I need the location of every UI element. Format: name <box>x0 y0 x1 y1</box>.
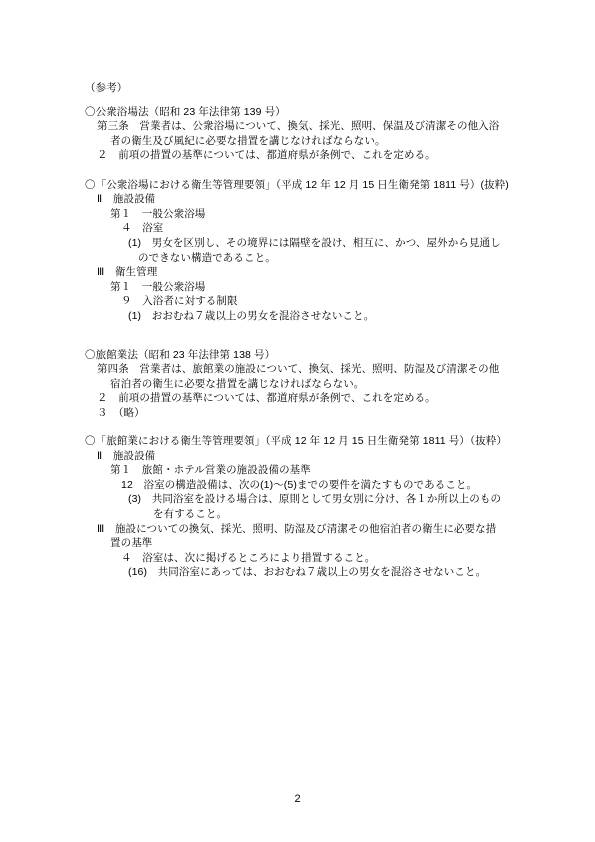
document-line: 〇旅館業法（昭和 23 年法律第 138 号） <box>85 348 525 363</box>
document-line: 第１ 一般公衆浴場 <box>85 207 525 222</box>
document-line: ３ （略） <box>85 406 525 421</box>
document-line: (1) 男女を区別し、その境界には隔壁を設け、相互に、かつ、屋外から見通し <box>85 236 525 251</box>
document-line: ４ 浴室は、次に掲げるところにより措置すること。 <box>85 551 525 566</box>
document-line: ２ 前項の措置の基準については、都道府県が条例で、これを定める。 <box>85 391 525 406</box>
document-line: ４ 浴室 <box>85 221 525 236</box>
document-line: 者の衛生及び風紀に必要な措置を講じなければならない。 <box>85 134 525 149</box>
document-line: 宿泊者の衛生に必要な措置を講じなければならない。 <box>85 377 525 392</box>
document-line: Ⅱ 施設設備 <box>85 449 525 464</box>
section-public-bath-act: 〇公衆浴場法（昭和 23 年法律第 139 号）第三条 営業者は、公衆浴場につい… <box>85 105 525 163</box>
document-line: 置の基準 <box>85 536 525 551</box>
document-line: 第四条 営業者は、旅館業の施設について、換気、採光、照明、防湿及び清潔その他 <box>85 362 525 377</box>
section-hotel-hygiene-guideline: 〇「旅館業における衛生等管理要領」（平成 12 年 12 月 15 日生衛発第 … <box>85 434 525 580</box>
document-line: 12 浴室の構造設備は、次の(1)～(5)までの要件を満たすものであること。 <box>85 478 525 493</box>
document-line: のできない構造であること。 <box>85 251 525 266</box>
document-line: Ⅲ 施設についての換気、採光、照明、防湿及び清潔その他宿泊者の衛生に必要な措 <box>85 522 525 537</box>
reference-note: （参考） <box>85 81 525 96</box>
document-line: 〇「旅館業における衛生等管理要領」（平成 12 年 12 月 15 日生衛発第 … <box>85 434 525 449</box>
document-text-area: （参考） 〇公衆浴場法（昭和 23 年法律第 139 号）第三条 営業者は、公衆… <box>85 81 525 580</box>
document-line: 〇「公衆浴場における衛生等管理要領」（平成 12 年 12 月 15 日生衛発第… <box>85 178 525 193</box>
document-line: (3) 共同浴室を設ける場合は、原則として男女別に分け、各１か所以上のもの <box>85 492 525 507</box>
document-line: ２ 前項の措置の基準については、都道府県が条例で、これを定める。 <box>85 148 525 163</box>
document-line: 第１ 旅館・ホテル営業の施設設備の基準 <box>85 463 525 478</box>
document-body: 〇公衆浴場法（昭和 23 年法律第 139 号）第三条 営業者は、公衆浴場につい… <box>85 105 525 580</box>
document-page: （参考） 〇公衆浴場法（昭和 23 年法律第 139 号）第三条 営業者は、公衆… <box>0 0 595 842</box>
section-public-bath-hygiene-guideline: 〇「公衆浴場における衛生等管理要領」（平成 12 年 12 月 15 日生衛発第… <box>85 178 525 324</box>
document-line: を有すること。 <box>85 507 525 522</box>
section-hotel-business-act: 〇旅館業法（昭和 23 年法律第 138 号）第四条 営業者は、旅館業の施設につ… <box>85 348 525 421</box>
document-line: 第１ 一般公衆浴場 <box>85 280 525 295</box>
page-number: 2 <box>0 792 595 806</box>
document-line: Ⅱ 施設設備 <box>85 192 525 207</box>
document-line: 第三条 営業者は、公衆浴場について、換気、採光、照明、保温及び清潔その他入浴 <box>85 119 525 134</box>
document-line: (1) おおむね７歳以上の男女を混浴させないこと。 <box>85 309 525 324</box>
document-line: ９ 入浴者に対する制限 <box>85 294 525 309</box>
document-line: 〇公衆浴場法（昭和 23 年法律第 139 号） <box>85 105 525 120</box>
document-line: Ⅲ 衛生管理 <box>85 265 525 280</box>
document-line: (16) 共同浴室にあっては、おおむね７歳以上の男女を混浴させないこと。 <box>85 565 525 580</box>
